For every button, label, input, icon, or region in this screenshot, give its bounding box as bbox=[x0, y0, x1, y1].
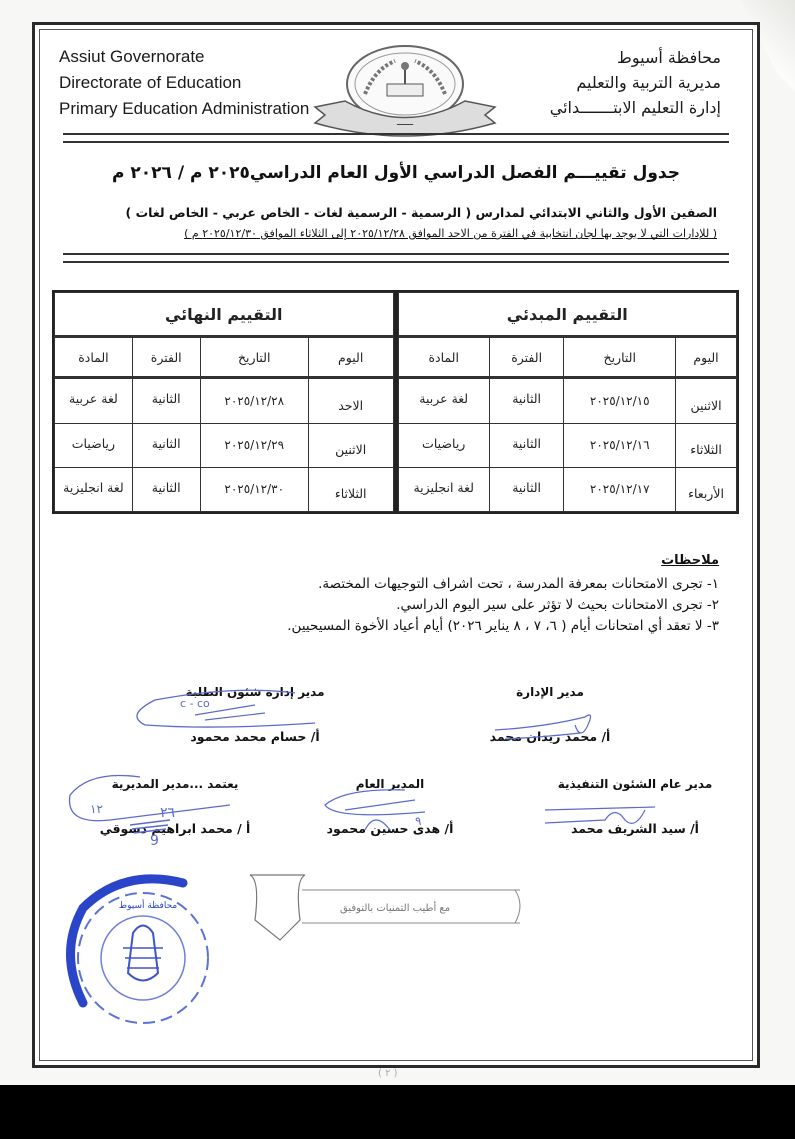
table-row: الاثنين ٢٠٢٥/١٢/٢٩ الثانية رياضيات bbox=[55, 423, 394, 467]
signature-exec-affairs: مدير عام الشئون التنفيذية أ/ سيد الشريف … bbox=[535, 777, 735, 836]
page-subtitle: الصفين الأول والثاني الابتدائي لمدارس ( … bbox=[35, 205, 717, 220]
cell-subject: لغة انجليزية bbox=[398, 467, 489, 511]
cell-day: الاحد bbox=[308, 378, 393, 424]
table-title: التقييم المبدئي bbox=[398, 293, 737, 337]
signature-name: أ/ هدى حسين محمود bbox=[305, 821, 475, 836]
cell-day: الثلاثاء bbox=[676, 423, 737, 467]
table-row: الثلاثاء ٢٠٢٥/١٢/١٦ الثانية رياضيات bbox=[398, 423, 737, 467]
cell-period: الثانية bbox=[132, 378, 200, 424]
header-ar-line: مديرية التربية والتعليم bbox=[550, 70, 721, 95]
table-row: الأربعاء ٢٠٢٥/١٢/١٧ الثانية لغة انجليزية bbox=[398, 467, 737, 511]
cell-subject: لغة انجليزية bbox=[55, 467, 133, 511]
page-number: ( ٢ ) bbox=[378, 1068, 398, 1079]
signature-name: أ/ حسام محمد محمود bbox=[155, 729, 355, 744]
header-divider bbox=[63, 133, 729, 143]
column-header-date: التاريخ bbox=[200, 337, 308, 378]
schedule-tables: التقييم المبدئي اليوم التاريخ الفترة الم… bbox=[52, 290, 739, 514]
cell-period: الثانية bbox=[132, 423, 200, 467]
education-logo-icon: ـــــ bbox=[305, 39, 505, 139]
ribbon-text: مع أطيب التمنيات بالتوفيق bbox=[340, 903, 450, 914]
svg-text:ـــــ: ـــــ bbox=[396, 115, 414, 128]
title-divider bbox=[63, 253, 729, 263]
cell-period: الثانية bbox=[489, 467, 563, 511]
page-frame: Assiut Governorate Directorate of Educat… bbox=[32, 22, 760, 1068]
table-row: الاحد ٢٠٢٥/١٢/٢٨ الثانية لغة عربية bbox=[55, 378, 394, 424]
signature-student-affairs: مدير إدارة شئون الطلبة أ/ حسام محمد محمو… bbox=[155, 685, 355, 744]
official-stamp-icon: محافظة أسيوط bbox=[53, 863, 223, 1033]
column-header-period: الفترة bbox=[132, 337, 200, 378]
signature-name: أ/ سيد الشريف محمد bbox=[535, 821, 735, 836]
cell-day: الاثنين bbox=[676, 378, 737, 424]
signature-role: مدير الإدارة bbox=[475, 685, 625, 699]
signature-admin-director: مدير الإدارة أ/ محمد زيدان محمد bbox=[475, 685, 625, 744]
initial-assessment-table: التقييم المبدئي اليوم التاريخ الفترة الم… bbox=[398, 292, 738, 512]
cell-date: ٢٠٢٥/١٢/٢٨ bbox=[200, 378, 308, 424]
signature-general-director: المدير العام أ/ هدى حسين محمود bbox=[305, 777, 475, 836]
notes-section: ملاحظات ١- تجرى الامتحانات بمعرفة المدرس… bbox=[287, 550, 719, 637]
svg-text:محافظة أسيوط: محافظة أسيوط bbox=[119, 899, 178, 911]
signature-role: مدير إدارة شئون الطلبة bbox=[155, 685, 355, 699]
column-header-day: اليوم bbox=[676, 337, 737, 378]
signature-name: أ / محمد ابراهيم دسوقي bbox=[75, 821, 275, 836]
cell-subject: رياضيات bbox=[55, 423, 133, 467]
signature-role: مدير عام الشئون التنفيذية bbox=[535, 777, 735, 791]
cell-date: ٢٠٢٥/١٢/١٥ bbox=[564, 378, 676, 424]
signature-role: يعتمد ...مدير المديرية bbox=[75, 777, 275, 791]
page-title: جدول تقييـــم الفصل الدراسي الأول العام … bbox=[35, 163, 757, 183]
cell-date: ٢٠٢٥/١٢/٣٠ bbox=[200, 467, 308, 511]
header-ar-line: محافظة أسيوط bbox=[550, 45, 721, 70]
document-page: Assiut Governorate Directorate of Educat… bbox=[0, 0, 795, 1085]
cell-day: الاثنين bbox=[308, 423, 393, 467]
table-row: الثلاثاء ٢٠٢٥/١٢/٣٠ الثانية لغة انجليزية bbox=[55, 467, 394, 511]
cell-date: ٢٠٢٥/١٢/١٧ bbox=[564, 467, 676, 511]
header-arabic: محافظة أسيوط مديرية التربية والتعليم إدا… bbox=[550, 45, 721, 120]
cell-subject: لغة عربية bbox=[55, 378, 133, 424]
header-en-line: Directorate of Education bbox=[59, 70, 309, 96]
note-item: ٣- لا تعقد أي امتحانات أيام ( ٦، ٧ ، ٨ ي… bbox=[287, 616, 719, 637]
note-item: ١- تجرى الامتحانات بمعرفة المدرسة ، تحت … bbox=[287, 574, 719, 595]
note-item: ٢- تجرى الامتحانات بحيث لا تؤثر على سير … bbox=[287, 595, 719, 616]
cell-subject: لغة عربية bbox=[398, 378, 489, 424]
final-assessment-table: التقييم النهائي اليوم التاريخ الفترة الم… bbox=[54, 292, 394, 512]
column-header-period: الفترة bbox=[489, 337, 563, 378]
column-header-day: اليوم bbox=[308, 337, 393, 378]
column-header-subject: المادة bbox=[398, 337, 489, 378]
header-en-line: Assiut Governorate bbox=[59, 44, 309, 70]
cell-day: الأربعاء bbox=[676, 467, 737, 511]
header-english: Assiut Governorate Directorate of Educat… bbox=[59, 44, 309, 122]
cell-period: الثانية bbox=[132, 467, 200, 511]
page-subnote: ( للإدارات التي لا يوجد بها لجان انتخابي… bbox=[35, 227, 717, 240]
column-header-date: التاريخ bbox=[564, 337, 676, 378]
table-row: الاثنين ٢٠٢٥/١٢/١٥ الثانية لغة عربية bbox=[398, 378, 737, 424]
cell-day: الثلاثاء bbox=[308, 467, 393, 511]
cell-date: ٢٠٢٥/١٢/٢٩ bbox=[200, 423, 308, 467]
header-ar-line: إدارة التعليم الابتـــــــدائي bbox=[550, 95, 721, 120]
signature-role: المدير العام bbox=[305, 777, 475, 791]
signature-name: أ/ محمد زيدان محمد bbox=[475, 729, 625, 744]
cell-date: ٢٠٢٥/١٢/١٦ bbox=[564, 423, 676, 467]
notes-title: ملاحظات bbox=[287, 550, 719, 571]
column-header-subject: المادة bbox=[55, 337, 133, 378]
cell-period: الثانية bbox=[489, 378, 563, 424]
table-title: التقييم النهائي bbox=[55, 293, 394, 337]
header-en-line: Primary Education Administration bbox=[59, 96, 309, 122]
cell-subject: رياضيات bbox=[398, 423, 489, 467]
decorative-ribbon-icon bbox=[240, 865, 530, 965]
cell-period: الثانية bbox=[489, 423, 563, 467]
signature-directorate-head: يعتمد ...مدير المديرية أ / محمد ابراهيم … bbox=[75, 777, 275, 836]
